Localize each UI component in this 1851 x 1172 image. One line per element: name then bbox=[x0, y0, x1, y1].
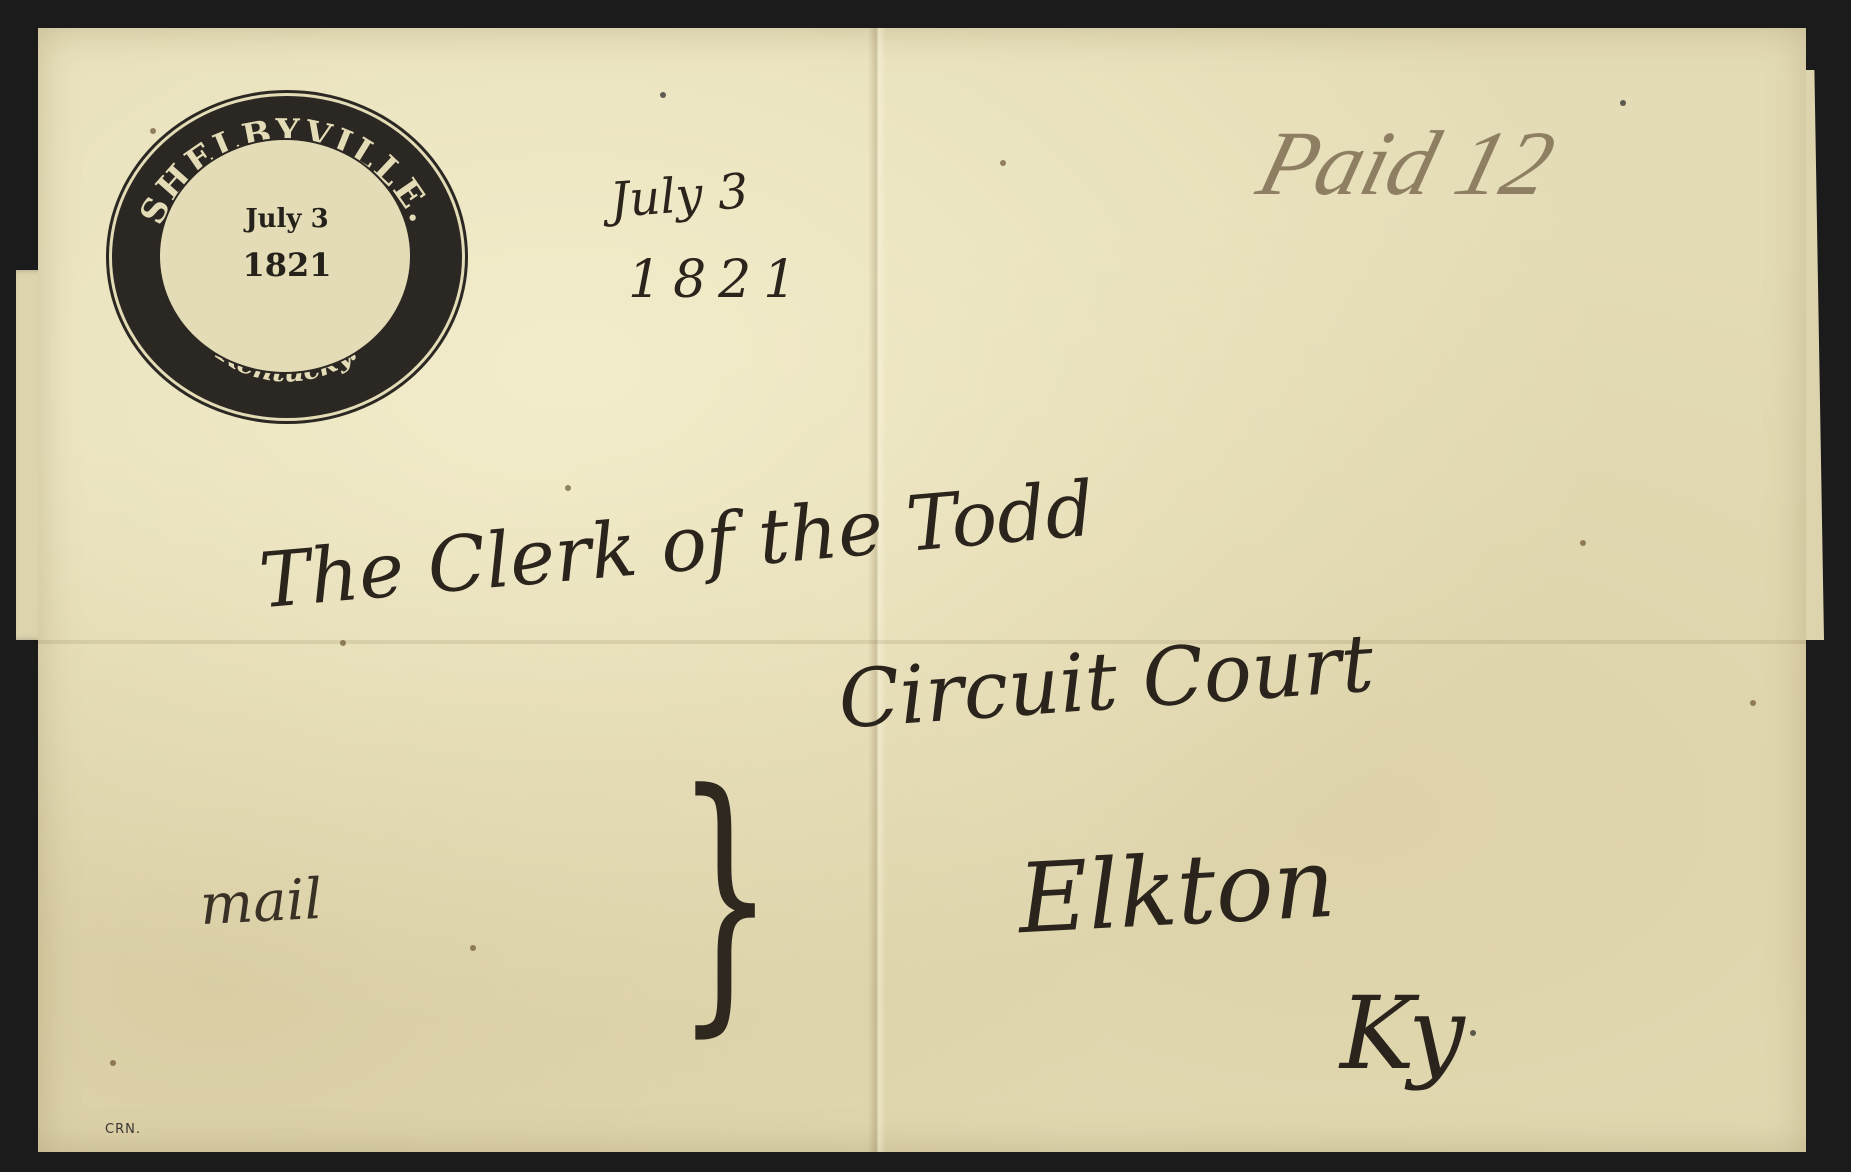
foxing-spot bbox=[660, 92, 666, 98]
foxing-spot bbox=[110, 1060, 116, 1066]
address-line-4: Ky bbox=[1340, 975, 1465, 1092]
foxing-spot bbox=[1750, 700, 1756, 706]
foxing-spot bbox=[1470, 1030, 1476, 1036]
shelbyville-postmark: SHELBYVILLE. Kentucky. July 3 1821 bbox=[112, 96, 462, 418]
brace-mark: } bbox=[676, 735, 774, 1061]
vertical-fold-crease bbox=[868, 28, 886, 1152]
postmark-year: 1821 bbox=[112, 246, 462, 284]
foxing-spot bbox=[1620, 100, 1626, 106]
foxing-spot bbox=[470, 945, 476, 951]
postmark-month-day: July 3 bbox=[112, 204, 462, 234]
foxing-spot bbox=[340, 640, 346, 646]
foxing-spot bbox=[565, 485, 571, 491]
address-line-3: Elkton bbox=[1015, 827, 1338, 955]
manuscript-date-month-day: July 3 bbox=[608, 163, 750, 229]
routing-note-mail: mail bbox=[198, 867, 324, 938]
manuscript-date-year: 1821 bbox=[628, 250, 808, 310]
corner-pencil-mark: CRN. bbox=[105, 1122, 141, 1137]
foxing-spot bbox=[1000, 160, 1006, 166]
paid-rate-marking: Paid 12 bbox=[1248, 110, 1565, 216]
horizontal-fold-crease bbox=[38, 640, 1806, 644]
foxing-spot bbox=[1580, 540, 1586, 546]
